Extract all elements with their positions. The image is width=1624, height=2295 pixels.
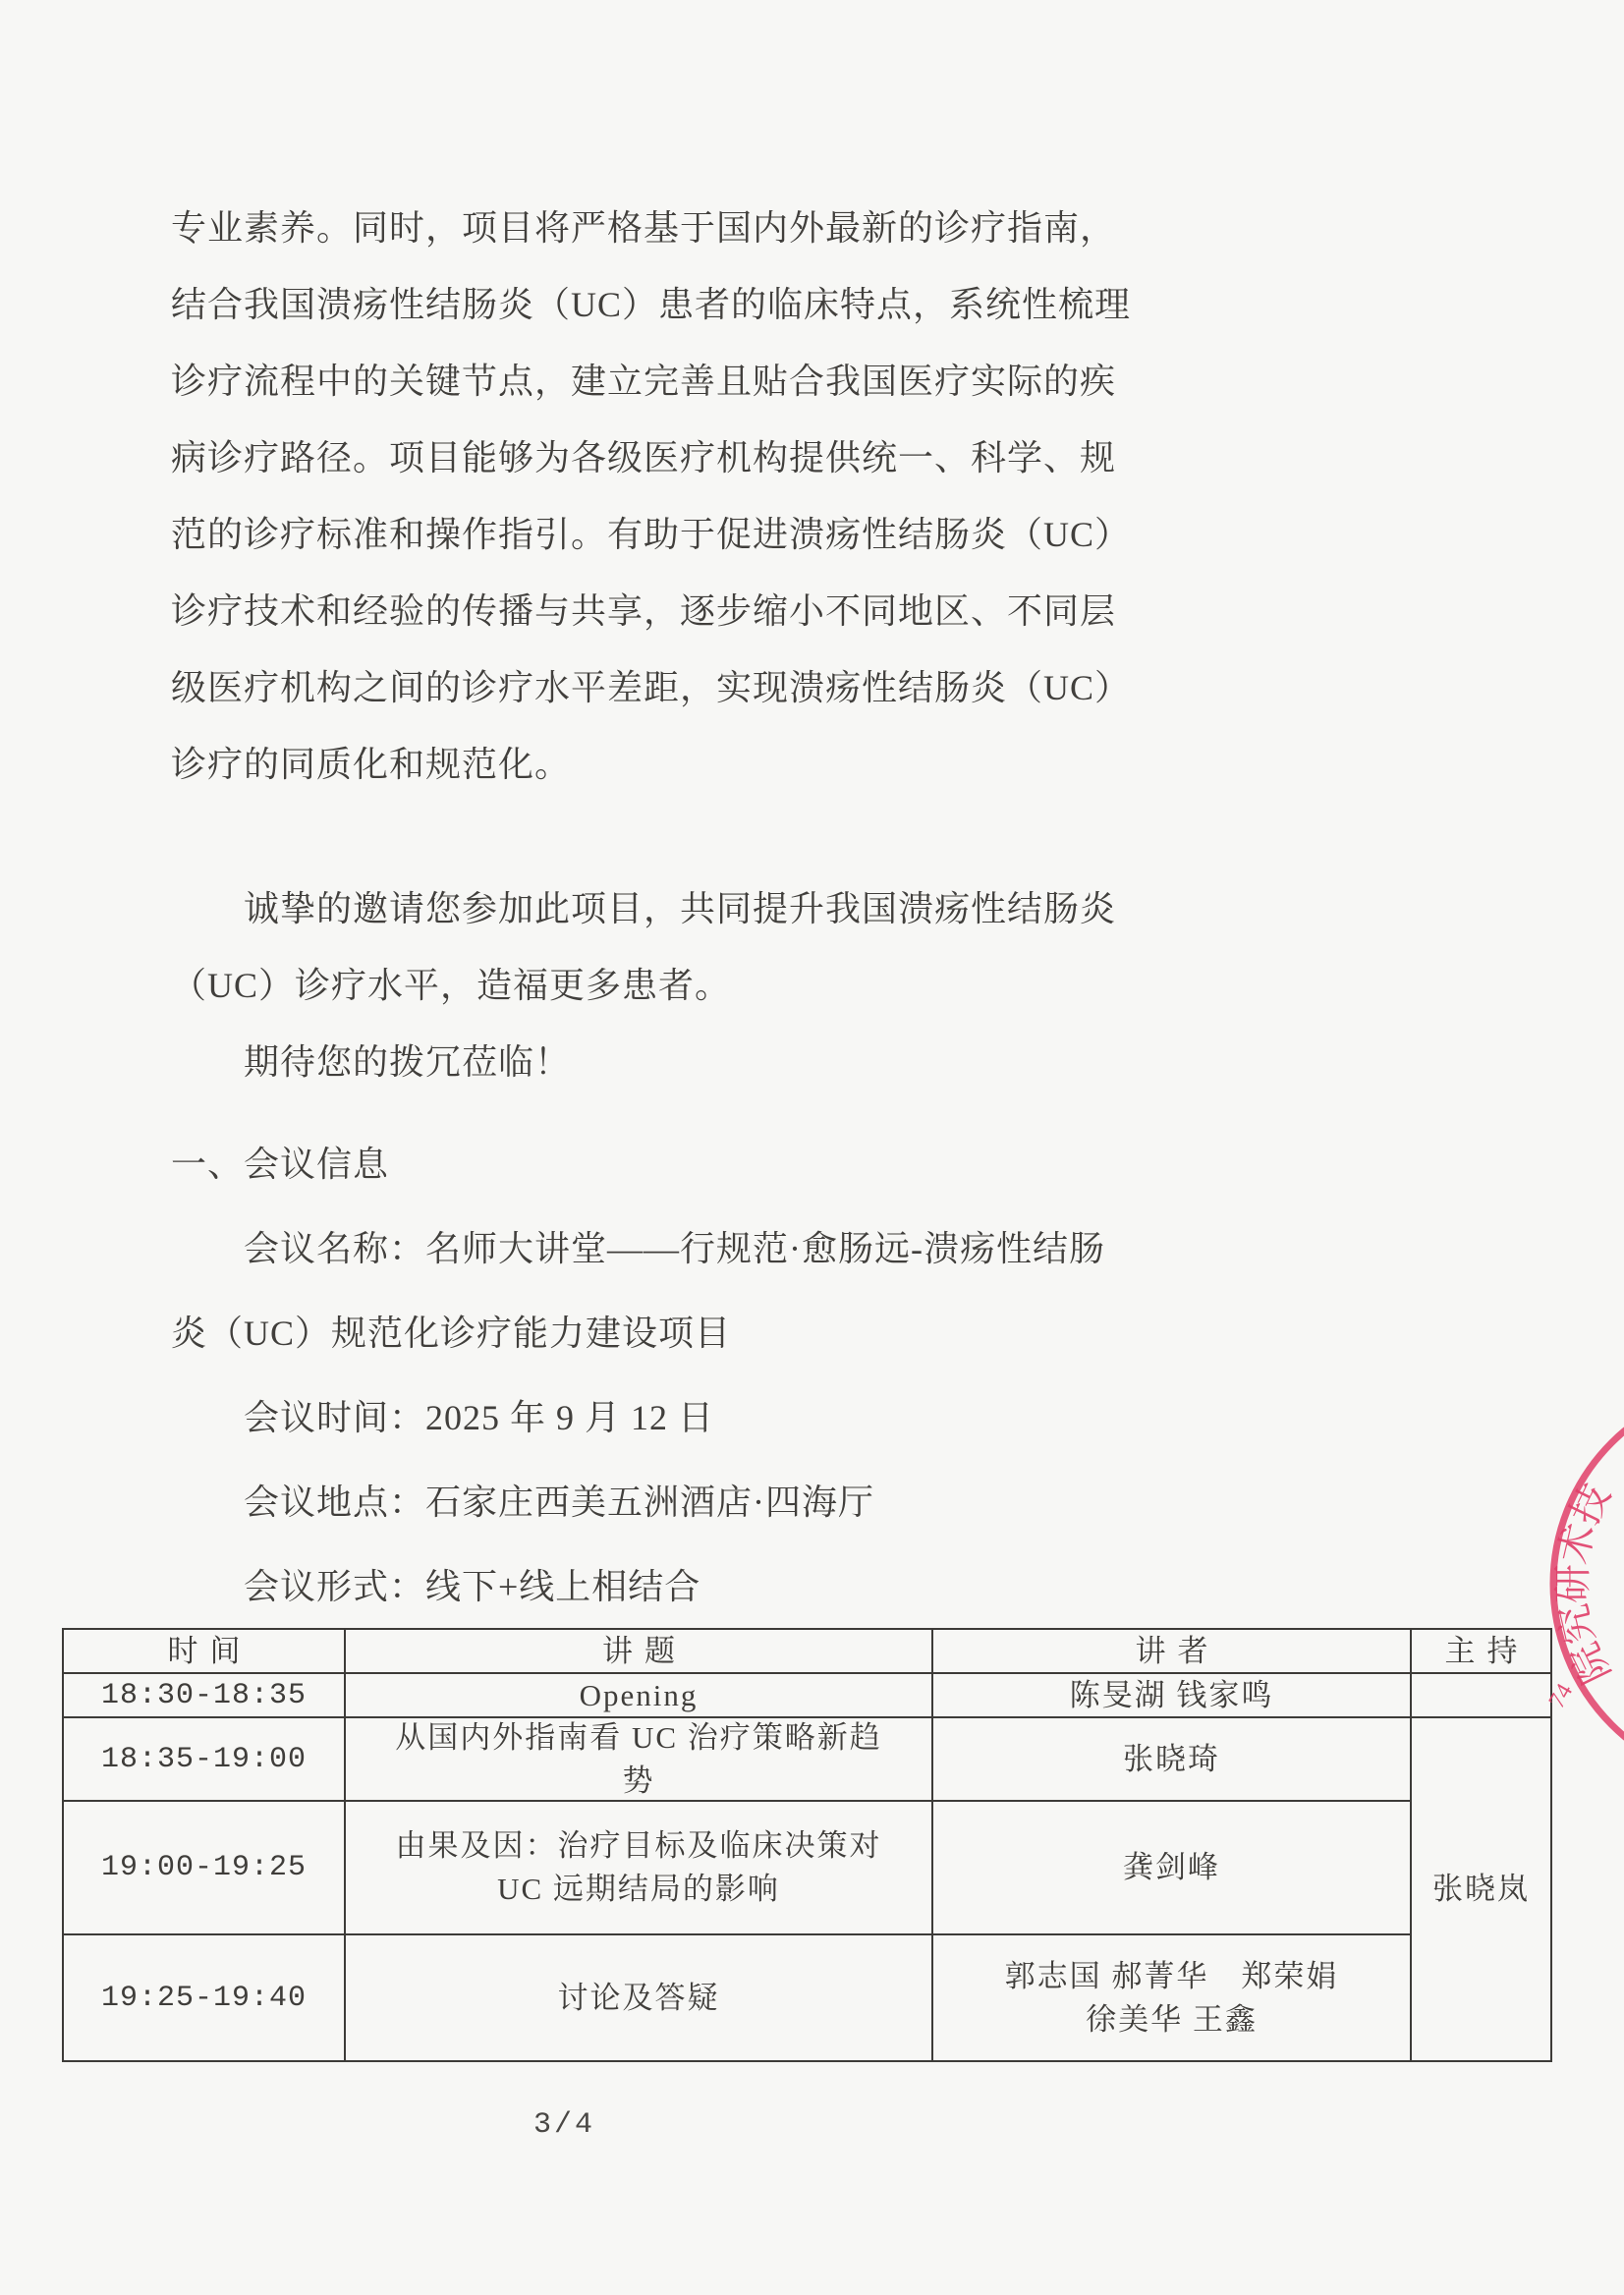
body-text-line: 级医疗机构之间的诊疗水平差距，实现溃疡性结肠炎（UC） — [171, 649, 1163, 726]
meeting-format-line: 会议形式：线下+线上相结合 — [171, 1544, 1163, 1629]
body-text-line: 诊疗技术和经验的传播与共享，逐步缩小不同地区、不同层 — [171, 573, 1163, 649]
column-header-speaker: 讲者 — [933, 1630, 1412, 1674]
body-text-line: 诊疗流程中的关键节点，建立完善且贴合我国医疗实际的疾 — [171, 343, 1163, 420]
table-cell-speaker: 张晓琦 — [933, 1718, 1412, 1802]
table-cell-topic: 讨论及答疑 — [346, 1935, 933, 2060]
table-cell-topic: 从国内外指南看 UC 治疗策略新趋势 — [346, 1718, 933, 1802]
body-text-line: 结合我国溃疡性结肠炎（UC）患者的临床特点，系统性梳理 — [171, 266, 1163, 343]
body-text-line: 诊疗的同质化和规范化。 — [171, 726, 1163, 803]
stamp-char: 研 — [1550, 1564, 1595, 1603]
stamp-number: 74 — [1544, 1680, 1579, 1713]
page-number: 3/4 — [533, 2108, 595, 2142]
section-heading: 一、会议信息 — [171, 1122, 1163, 1206]
body-text-line: 诚挚的邀请您参加此项目，共同提升我国溃疡性结肠炎 — [171, 870, 1163, 947]
meeting-info-section: 一、会议信息 会议名称：名师大讲堂——行规范·愈肠远-溃疡性结肠 炎（UC）规范… — [171, 1122, 1163, 1629]
meeting-name-line: 炎（UC）规范化诊疗能力建设项目 — [171, 1291, 1163, 1375]
table-cell-topic: 由果及因：治疗目标及临床决策对UC 远期结局的影响 — [346, 1802, 933, 1935]
table-cell-time: 18:30-18:35 — [64, 1674, 346, 1718]
meeting-place-line: 会议地点：石家庄西美五洲酒店·四海厅 — [171, 1460, 1163, 1544]
body-paragraph-1: 专业素养。同时，项目将严格基于国内外最新的诊疗指南， 结合我国溃疡性结肠炎（UC… — [171, 190, 1163, 803]
table-cell-time: 19:25-19:40 — [64, 1935, 346, 2060]
agenda-table: 时间 讲题 讲者 主持 18:30-18:35 Opening 陈旻湖 钱家鸣 … — [62, 1628, 1552, 2062]
body-text-line: 范的诊疗标准和操作指引。有助于促进溃疡性结肠炎（UC） — [171, 496, 1163, 573]
body-text-line: （UC）诊疗水平，造福更多患者。 — [171, 947, 1163, 1024]
document-page: 专业素养。同时，项目将严格基于国内外最新的诊疗指南， 结合我国溃疡性结肠炎（UC… — [0, 0, 1624, 2295]
red-stamp: 技 术 研 究 院 74 — [1526, 1415, 1624, 1749]
stamp-graphic: 技 术 研 究 院 74 — [1526, 1415, 1624, 1749]
table-cell-time: 19:00-19:25 — [64, 1802, 346, 1935]
column-header-time: 时间 — [64, 1630, 346, 1674]
meeting-name-line: 会议名称：名师大讲堂——行规范·愈肠远-溃疡性结肠 — [171, 1206, 1163, 1291]
body-text-line: 期待您的拨冗莅临！ — [171, 1024, 1163, 1100]
table-cell-speaker: 陈旻湖 钱家鸣 — [933, 1674, 1412, 1718]
body-text-line: 专业素养。同时，项目将严格基于国内外最新的诊疗指南， — [171, 190, 1163, 266]
column-header-topic: 讲题 — [346, 1630, 933, 1674]
table-cell-topic: Opening — [346, 1674, 933, 1718]
body-text-line: 病诊疗路径。项目能够为各级医疗机构提供统一、科学、规 — [171, 420, 1163, 496]
table-cell-speaker: 龚剑峰 — [933, 1802, 1412, 1935]
body-paragraph-2: 诚挚的邀请您参加此项目，共同提升我国溃疡性结肠炎 （UC）诊疗水平，造福更多患者… — [171, 870, 1163, 1100]
table-cell-speaker: 郭志国 郝菁华 郑荣娟徐美华 王鑫 — [933, 1935, 1412, 2060]
meeting-time-line: 会议时间：2025 年 9 月 12 日 — [171, 1375, 1163, 1460]
table-cell-time: 18:35-19:00 — [64, 1718, 346, 1802]
table-cell-host-merged: 张晓岚 — [1412, 1718, 1550, 2060]
